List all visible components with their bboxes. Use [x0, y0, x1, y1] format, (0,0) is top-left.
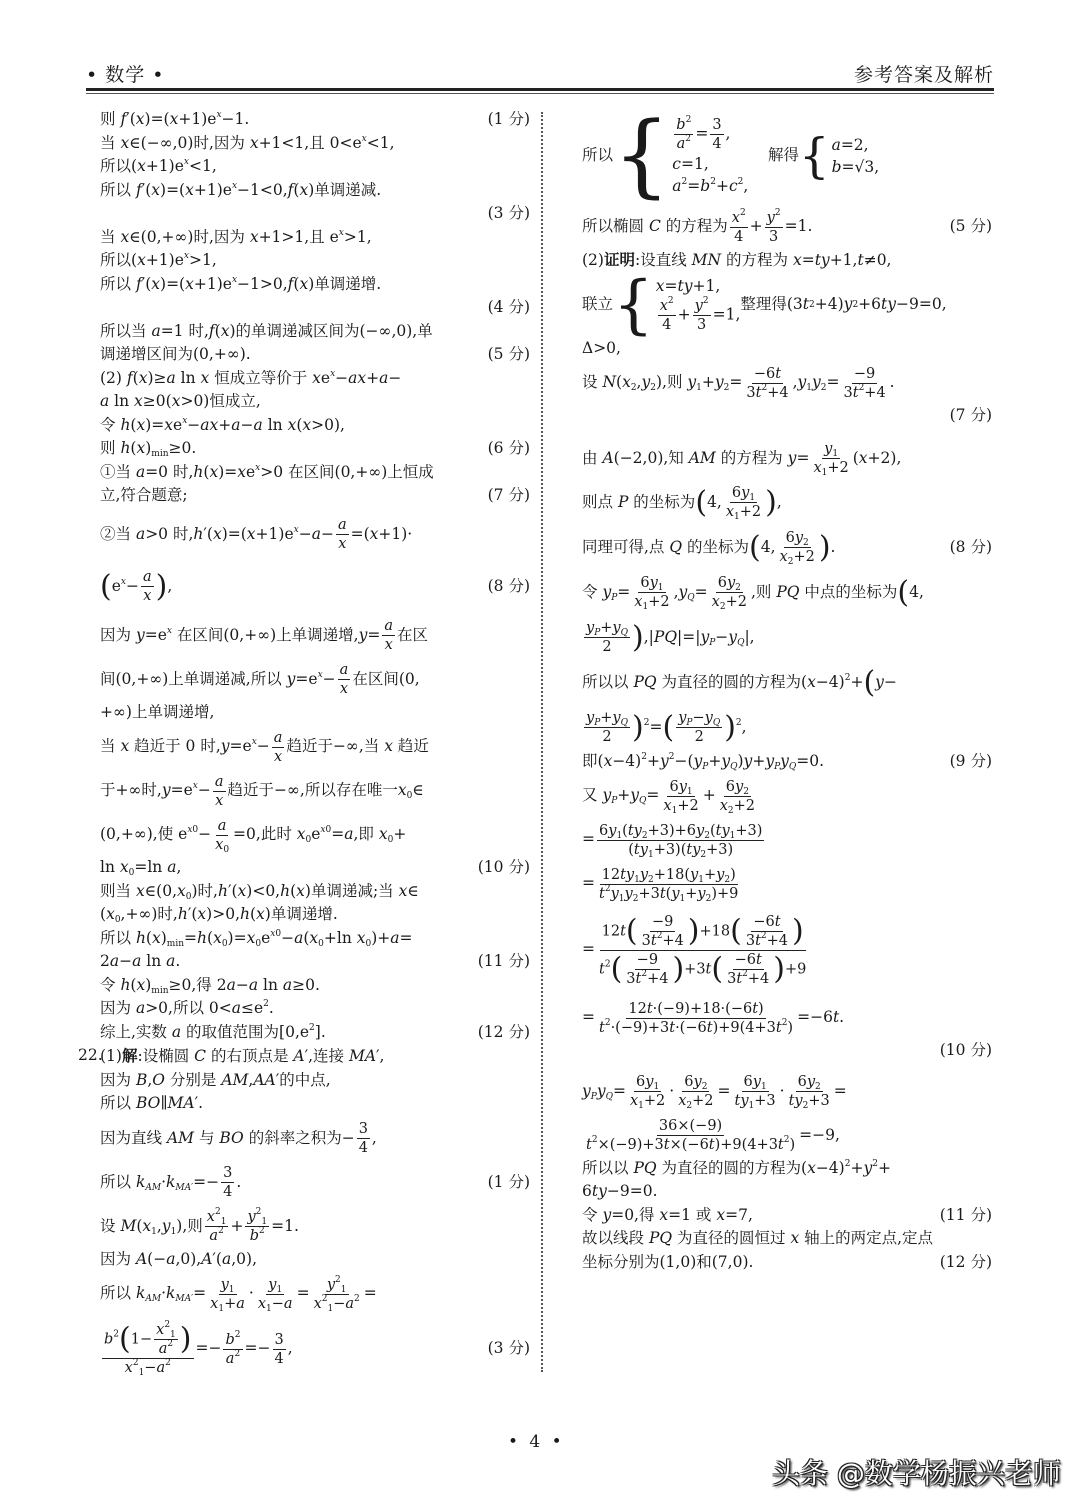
solution-line: 因为 y=ex 在区间(0,+∞)上单调递增,y=ax在区 [100, 613, 530, 657]
score-mark: (10 分) [940, 1039, 992, 1063]
solution-line: (2) f(x)≥a ln x 恒成立等价于 xex−ax+a− [100, 367, 530, 391]
solution-line: 则点 P 的坐标为(4,6y1x1+2), [582, 480, 992, 525]
fraction: 34 [273, 1331, 286, 1368]
fraction: ax [382, 617, 395, 654]
fraction: 6y1(ty2+3)+6y2(ty1+3)(ty1+3)(ty2+3) [597, 822, 764, 859]
solution-line: 当 x∈(0,+∞)时,因为 x+1>1,且 ex>1, [100, 226, 530, 250]
solution-line: =12ty1y2+18(y1+y2)t2y1y2+3t(y1+y2)+9 [582, 861, 992, 905]
solution-line: 综上,实数 a 的取值范围为[0,e2].(12 分) [100, 1021, 530, 1045]
solution-line: 因为 B,O 分别是 AM,AA′的中点, [100, 1069, 530, 1093]
fraction: yP+yQ2 [584, 709, 630, 746]
solution-line: 所以 f′(x)=(x+1)ex−1<0,f(x)单调递减. [100, 179, 530, 203]
solution-line: 因为 a>0,所以 0<a≤e2. [100, 997, 530, 1021]
solution-line: yPyQ=6y1x1+2·6y2x2+2=6y1ty1+3·6y2ty2+3= [582, 1069, 992, 1113]
solution-line: 令 yP=6y1x1+2,yQ=6y2x2+2,则 PQ 中点的坐标为(4, [582, 570, 992, 615]
question-number: 22. [78, 1044, 103, 1068]
score-mark: (11 分) [940, 1204, 992, 1228]
score-mark: (3 分) [488, 202, 530, 226]
fraction: 6y2x2+2 [718, 778, 757, 815]
fraction: 12t·(−9)+18·(−6t)t2·(−9)+3t·(−6t)+9(4+3t… [597, 1000, 795, 1037]
solution-line: 所以当 a=1 时,f(x)的单调递减区间为(−∞,0),单 [100, 320, 530, 344]
fraction: 36×(−9)t2×(−9)+3t×(−6t)+9(4+3t2) [584, 1117, 797, 1154]
solution-line: (x0,+∞)时,h′(x)>0,h(x)单调递增. [100, 903, 530, 927]
solution-line: 当 x 趋近于 0 时,y=ex−ax趋近于−∞,当 x 趋近 [100, 724, 530, 768]
page-number: • 4 • [508, 1432, 565, 1452]
solution-line: 又 yP+yQ=6y1x1+2+6y2x2+2 [582, 773, 992, 817]
solution-line: 当 x∈(−∞,0)时,因为 x+1<1,且 0<ex<1, [100, 132, 530, 156]
fraction: y1x1+a [208, 1276, 247, 1313]
column-divider [541, 112, 543, 1372]
solution-line: 即(x−4)2+y2−(yP+yQ)y+yPyQ=0.(9 分) [582, 750, 992, 774]
solution-line: ②当 a>0 时,h′(x)=(x+1)ex−a−ax=(x+1)· [100, 508, 530, 560]
fraction: 6y1x1+2 [628, 1073, 667, 1110]
solution-line: +∞)上单调递增, [100, 701, 530, 725]
solution-line: 所以以 PQ 为直径的圆的方程为(x−4)2+y2+ [582, 1157, 992, 1181]
fraction: y1x1+2 [811, 440, 850, 477]
solution-line: =6y1(ty2+3)+6y2(ty1+3)(ty1+3)(ty2+3) [582, 817, 992, 861]
solution-line: 坐标分别为(1,0)和(7,0).(12 分) [582, 1251, 992, 1275]
solution-line: 6ty−9=0. [582, 1180, 992, 1204]
solution-line: 由 A(−2,0),知 AM 的方程为 y=y1x1+2(x+2), [582, 436, 992, 480]
solution-line: 同理可得,点 Q 的坐标为(4,6y2x2+2).(8 分) [582, 525, 992, 570]
fraction: y21x21−a2 [312, 1276, 362, 1313]
equation-system: {a=2,b=√3, [799, 126, 879, 186]
fraction: ax [141, 568, 154, 605]
score-mark: (11 分) [478, 950, 530, 974]
solution-line: 调递增区间为(0,+∞).(5 分) [100, 343, 530, 367]
solution-line: 设 N(x2,y2),则 y1+y2=−6t3t2+4,y1y2=−93t2+4… [582, 360, 992, 404]
score-mark: (4 分) [488, 296, 530, 320]
solution-line: 设 M(x1,y1),则x21a2+y21b2=1. [100, 1204, 530, 1248]
fraction: ax [336, 516, 349, 553]
solution-line: 所以 kAM·kMA′=−34.(1 分) [100, 1160, 530, 1204]
fraction: 6y2x2+2 [778, 529, 817, 566]
solution-line: =12t·(−9)+18·(−6t)t2·(−9)+3t·(−6t)+9(4+3… [582, 995, 992, 1039]
fraction: 6y1ty1+3 [733, 1073, 778, 1110]
solution-line: 因为 A(−a,0),A′(a,0), [100, 1248, 530, 1272]
fraction: b2(1−x21a2)x21−a2 [102, 1321, 194, 1377]
solution-line: 所以椭圆 C 的方程为x24+y23=1.(5 分) [582, 204, 992, 248]
watermark: 头条 @数学杨振兴老师 [772, 1452, 1061, 1492]
fraction: x24 [730, 209, 748, 246]
solution-line: 所以{b2a2=34,c=1,a2=b2+c2, 解得{a=2,b=√3, [582, 108, 992, 204]
fraction: yP+yQ2 [584, 619, 630, 656]
score-mark: (6 分) [488, 437, 530, 461]
solution-line: yP+yQ2),|PQ|=|yP−yQ|, [582, 615, 992, 660]
fraction: 6y1x1+2 [724, 484, 763, 521]
solution-line: 故以线段 PQ 为直径的圆恒过 x 轴上的两定点,定点 [582, 1227, 992, 1251]
score-mark: (12 分) [478, 1021, 530, 1045]
fraction: −93t2+4 [842, 365, 888, 402]
subject-label: • 数学 • [86, 60, 165, 87]
fraction: x21a2 [205, 1208, 229, 1245]
solution-line: ①当 a=0 时,h(x)=xex>0 在区间(0,+∞)上恒成 [100, 461, 530, 485]
fraction: 6y2x2+2 [676, 1073, 715, 1110]
solution-line: 所以以 PQ 为直径的圆的方程为(x−4)2+(y− [582, 660, 992, 705]
solution-line: yP+yQ2)2=(yP−yQ2)2, [582, 705, 992, 750]
score-mark: (7 分) [488, 484, 530, 508]
fraction: 12t(−93t2+4)+18(−6t3t2+4)t2(−93t2+4)+3t(… [597, 913, 808, 988]
solution-line: =12t(−93t2+4)+18(−6t3t2+4)t2(−93t2+4)+3t… [582, 905, 992, 995]
fraction: 12ty1y2+18(y1+y2)t2y1y2+3t(y1+y2)+9 [597, 866, 740, 903]
solution-line: 因为直线 AM 与 BO 的斜率之积为−34, [100, 1116, 530, 1160]
solution-line: 则 f′(x)=(x+1)ex−1.(1 分) [100, 108, 530, 132]
solution-line: 令 y=0,得 x=1 或 x=7,(11 分) [582, 1204, 992, 1228]
fraction: y21b2 [245, 1208, 269, 1245]
fraction: y23 [765, 209, 783, 246]
solution-line: 令 h(x)=xex−ax+a−a ln x(x>0), [100, 414, 530, 438]
solution-line: 间(0,+∞)上单调递减,所以 y=ex−ax在区间(0, [100, 657, 530, 701]
solution-line: (4 分) [100, 296, 530, 320]
solution-line: (7 分) [582, 404, 992, 428]
header-rule-thin [86, 93, 994, 94]
equation-system: {b2a2=34,c=1,a2=b2+c2, [613, 116, 748, 197]
solution-line: 所以 BO∥MA′. [100, 1092, 530, 1116]
fraction: y1x1−a [256, 1276, 295, 1313]
solution-line: 令 h(x)min≥0,得 2a−a ln a≥0. [100, 974, 530, 998]
solution-line: 2a−a ln a.(11 分) [100, 950, 530, 974]
header-rule [86, 88, 994, 91]
solution-line: (10 分) [582, 1039, 992, 1063]
score-mark: (3 分) [488, 1315, 530, 1381]
solution-line: (0,+∞),使 ex0−ax0=0,此时 x0ex0=a,即 x0+ [100, 812, 530, 856]
section-title: 参考答案及解析 [854, 60, 994, 87]
fraction: 34 [221, 1164, 234, 1201]
fraction: ax [272, 729, 285, 766]
solution-line: ln x0=ln a,(10 分) [100, 856, 530, 880]
fraction: 6y2x2+2 [710, 574, 749, 611]
score-mark: (1 分) [488, 108, 530, 132]
solution-line: 所以 kAM·kMA′=y1x1+a·y1x1−a=y21x21−a2= [100, 1271, 530, 1315]
fraction: ax0 [213, 817, 231, 854]
fraction: 6y1x1+2 [632, 574, 671, 611]
solution-line: (ex−ax),(8 分) [100, 560, 530, 613]
right-column: 所以{b2a2=34,c=1,a2=b2+c2, 解得{a=2,b=√3, 所以… [582, 108, 992, 1274]
score-mark: (8 分) [488, 560, 530, 612]
solution-line: 所以(x+1)ex>1, [100, 249, 530, 273]
solution-line: Δ>0, [582, 337, 992, 361]
fraction: yP−yQ2 [676, 709, 722, 746]
fraction: b2a2 [223, 1331, 242, 1368]
score-mark: (8 分) [950, 525, 992, 569]
score-mark: (1 分) [488, 1160, 530, 1204]
fraction: 6y2ty2+3 [787, 1073, 832, 1110]
solution-line: (3 分) [100, 202, 530, 226]
left-column: 则 f′(x)=(x+1)ex−1.(1 分) 当 x∈(−∞,0)时,因为 x… [100, 108, 530, 1381]
equation-system: {x=ty+1,x24+y23=1, [613, 275, 740, 335]
solution-line: 立,符合题意;(7 分) [100, 484, 530, 508]
solution-line: b2(1−x21a2)x21−a2=−b2a2=−34,(3 分) [100, 1315, 530, 1381]
fraction: 6y1x1+2 [661, 778, 700, 815]
score-mark: (5 分) [950, 204, 992, 248]
score-mark: (7 分) [950, 404, 992, 428]
solution-line: 所以 h(x)min=h(x0)=x0ex0−a(x0+ln x0)+a= [100, 927, 530, 951]
fraction: ax [213, 773, 226, 810]
solution-line: 所以(x+1)ex<1, [100, 155, 530, 179]
score-mark: (5 分) [488, 343, 530, 367]
solution-line: 所以 f′(x)=(x+1)ex−1>0,f(x)单调递增. [100, 273, 530, 297]
solution-line: a ln x≥0(x>0)恒成立, [100, 390, 530, 414]
solution-line: 则当 x∈(0,x0)时,h′(x)<0,h(x)单调递减;当 x∈ [100, 880, 530, 904]
question-22-start: 22.(1)解:设椭圆 C 的右顶点是 A′,连接 MA′, [100, 1044, 530, 1069]
solution-line: 联立{x=ty+1,x24+y23=1,整理得(3t2+4)y2+6ty−9=0… [582, 273, 992, 337]
fraction: −6t3t2+4 [744, 365, 790, 402]
solution-line: 则 h(x)min≥0.(6 分) [100, 437, 530, 461]
score-mark: (12 分) [940, 1251, 992, 1275]
score-mark: (10 分) [478, 856, 530, 880]
score-mark: (9 分) [950, 750, 992, 774]
solution-line: 于+∞时,y=ex−ax趋近于−∞,所以存在唯一x0∈ [100, 768, 530, 812]
solution-line: 36×(−9)t2×(−9)+3t×(−6t)+9(4+3t2)=−9, [582, 1113, 992, 1157]
fraction: ax [338, 661, 351, 698]
fraction: 34 [357, 1120, 370, 1157]
